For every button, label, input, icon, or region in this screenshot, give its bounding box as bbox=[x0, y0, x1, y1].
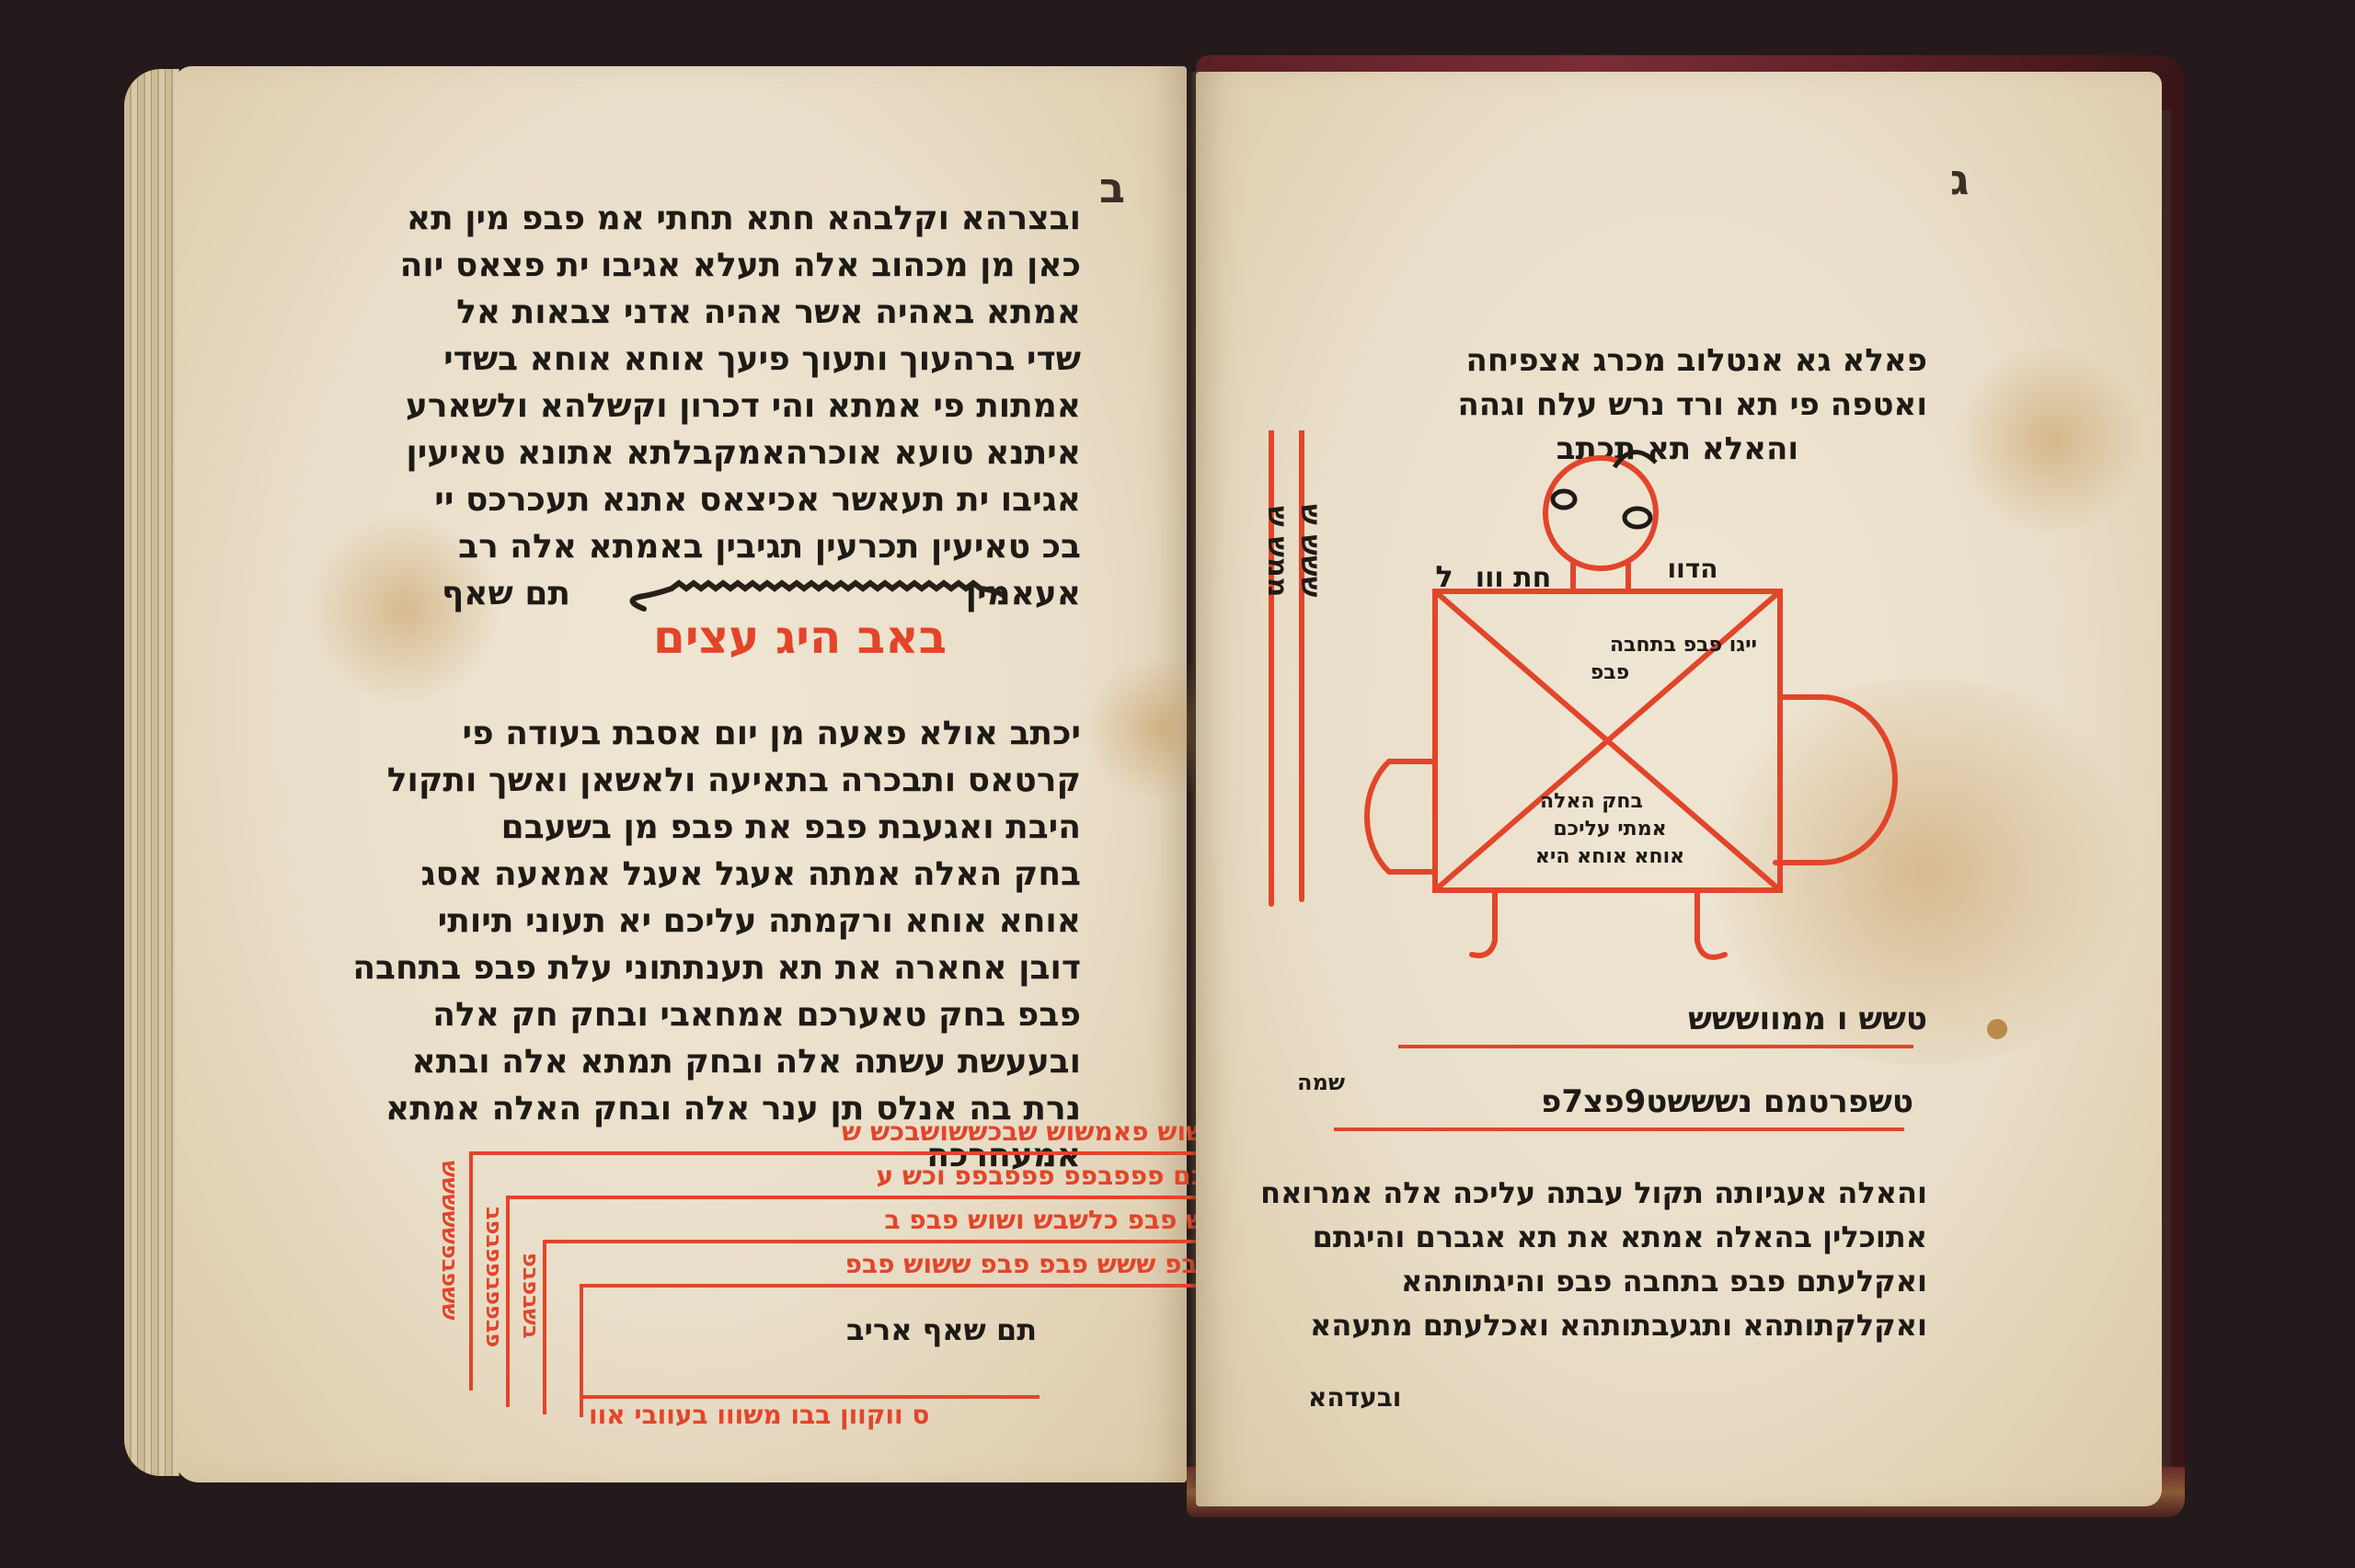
text-line: ואקלקתותהא ותגעבתותהא ואכלעתם מתעהא bbox=[1260, 1303, 1927, 1347]
charm-rule bbox=[469, 1151, 1214, 1155]
charm-column: ששפבפששששש bbox=[432, 1161, 467, 1321]
charm-bottom-row: ס ווקוון בבו משווו בעוובי אוו bbox=[589, 1398, 929, 1433]
charm-line: טשפרטמם נשששט9פצ7פ bbox=[1541, 1083, 1913, 1120]
figure-head bbox=[1545, 458, 1656, 568]
diagram-label: חת ווו bbox=[1476, 562, 1551, 594]
red-charm-grid: ושוש פאמשוש שבכששושבכש ש יבם פפפבפפ פפפב… bbox=[442, 1115, 1251, 1427]
figure-foot-right bbox=[1697, 890, 1725, 957]
side-column-text: ששש ש ממש ש bbox=[1260, 504, 1327, 597]
charm-rule-vertical bbox=[469, 1151, 473, 1391]
left-page: ב ובצרהא וקלבהא חתא תחתי אמ פבפ מין תא כ… bbox=[175, 66, 1187, 1482]
talisman-figure: ייגו פבפ בתחבה פבפ בחק האלה אמתי עליכם א… bbox=[1251, 430, 2079, 982]
text-block-middle: יכתב אולא פאעה מן יום אסבת בעודה פי קרטא… bbox=[352, 710, 1081, 1179]
diagram-label: ייגו פבפ בתחבה bbox=[1610, 634, 1757, 657]
text-block-bottom: והאלה אעגיותה תקול עבתה עליכה אלה אמרואח… bbox=[1260, 1171, 1927, 1347]
diagram-label: בחק האלה bbox=[1540, 790, 1643, 813]
text-block-top: ובצרהא וקלבהא חתא תחתי אמ פבפ מין תא כאן… bbox=[400, 195, 1081, 617]
text-line: ובעעשת עשתה אלה ובחק תמתא אלה ובתא bbox=[352, 1038, 1081, 1085]
text-line: אגיבו ית תעאשר אכיצאס אתנא תעכרכס יי bbox=[400, 476, 1081, 523]
charm-line: טשש ו ממווששש bbox=[1688, 1001, 1927, 1037]
charm-rule bbox=[580, 1284, 1214, 1288]
text-line: בכ טאיעין תכרעין תגיבין באמתא אלה רב bbox=[400, 523, 1081, 570]
text-line: שדי ברהעוך ותעוך פיעך אוחא אוחא בשדי bbox=[400, 336, 1081, 383]
diagram-label: ל bbox=[1435, 559, 1453, 594]
text-line: ששש ש bbox=[1293, 504, 1327, 597]
diagram-label: אוחא אוחא היא bbox=[1535, 845, 1684, 868]
text-line: ואטפה פי תא ורד נרש עלח וגהה bbox=[1457, 383, 1927, 427]
inset-note: תם שאף אריב bbox=[846, 1312, 1037, 1347]
text-line: פאלא גא אנטלוב מכרג אצפיחה bbox=[1457, 338, 1927, 383]
catchword: ובעדהא bbox=[1308, 1382, 1401, 1413]
charm-column: פבפפבפפבפב bbox=[477, 1207, 511, 1347]
section-heading: באב היג עצים bbox=[653, 611, 947, 664]
text-line: קרטאס ותבכרה בתאיעה ולאשאן ואשך ותקול bbox=[352, 757, 1081, 804]
charm-column: בשבפבפ bbox=[513, 1253, 548, 1339]
cover-edge-strip bbox=[2162, 110, 2171, 1471]
text-line: פבפ בחק טאערכם אמחאבי ובחק חק אלה bbox=[352, 991, 1081, 1038]
figure-arm-right bbox=[1775, 697, 1895, 863]
text-line: אמתא באהיה אשר אהיה אדני צבאות אל bbox=[400, 289, 1081, 336]
diagram-label: אמתי עליכם bbox=[1553, 818, 1666, 841]
figure-arm-left bbox=[1367, 761, 1435, 872]
charm-row: ושוש פאמשוש שבכששושבכש ש bbox=[842, 1115, 1214, 1150]
text-line: אוחא אוחא ורקמתה עליכם יא תעוני תיותי bbox=[352, 898, 1081, 944]
charm-row: פבפ ששש פבפ פבפ ששוש פבפ bbox=[845, 1247, 1214, 1282]
charm-row: וש פבפ כלשבש ושוש פבפ ב bbox=[884, 1203, 1214, 1238]
right-page: ג פאלא גא אנטלוב מכרג אצפיחה ואטפה פי תא… bbox=[1196, 72, 2162, 1506]
diagram-label: הדוו bbox=[1668, 554, 1718, 584]
charm-rule bbox=[506, 1196, 1214, 1199]
folio-number: ג bbox=[1950, 155, 1970, 204]
charm-rule bbox=[543, 1240, 1214, 1243]
text-line: אתוכלין בהאלה אמתא את תא אגברם והיגתם bbox=[1260, 1215, 1927, 1259]
text-line: כאן מן מכהוב אלה תעלא אגיבו ית פצאס יוה bbox=[400, 242, 1081, 289]
diagram-label: פבפ bbox=[1591, 661, 1629, 684]
margin-note: שמה bbox=[1297, 1070, 1345, 1095]
text-line: ממש ש bbox=[1260, 504, 1293, 597]
charm-underline bbox=[1334, 1127, 1904, 1131]
text-line: היבת ואגעבת פבפ את פבפ מן בשעבם bbox=[352, 804, 1081, 851]
ink-spot bbox=[1987, 1019, 2007, 1039]
figure-foot-left bbox=[1472, 890, 1495, 956]
text-line: ובצרהא וקלבהא חתא תחתי אמ פבפ מין תא bbox=[400, 195, 1081, 242]
text-line: והאלה אעגיותה תקול עבתה עליכה אלה אמרואח bbox=[1260, 1171, 1927, 1215]
text-line: איתנא טועא אוכרהאמקבלתא אתונא טאיעין bbox=[400, 429, 1081, 476]
text-line: ואקלעתם פבפ בתחבה פבפ והיגתותהא bbox=[1260, 1259, 1927, 1303]
charm-underline bbox=[1398, 1045, 1913, 1048]
folio-number: ב bbox=[1099, 163, 1125, 212]
text-line: דובן אחארה את תא תענתתוני עלת פבפ בתחבה bbox=[352, 944, 1081, 991]
closing-note: תם שאף bbox=[442, 570, 570, 617]
text-line: יכתב אולא פאעה מן יום אסבת בעודה פי bbox=[352, 710, 1081, 757]
charm-row: יבם פפפבפפ פפפבפפ וכש ע bbox=[877, 1159, 1214, 1194]
text-line: אמתות פי אמתא והי דכרון וקשלהא ולשארע bbox=[400, 383, 1081, 429]
text-line: בחק האלה אמתה אעגל אעגל אמאעה אסג bbox=[352, 851, 1081, 898]
page-block-edges bbox=[124, 69, 179, 1476]
